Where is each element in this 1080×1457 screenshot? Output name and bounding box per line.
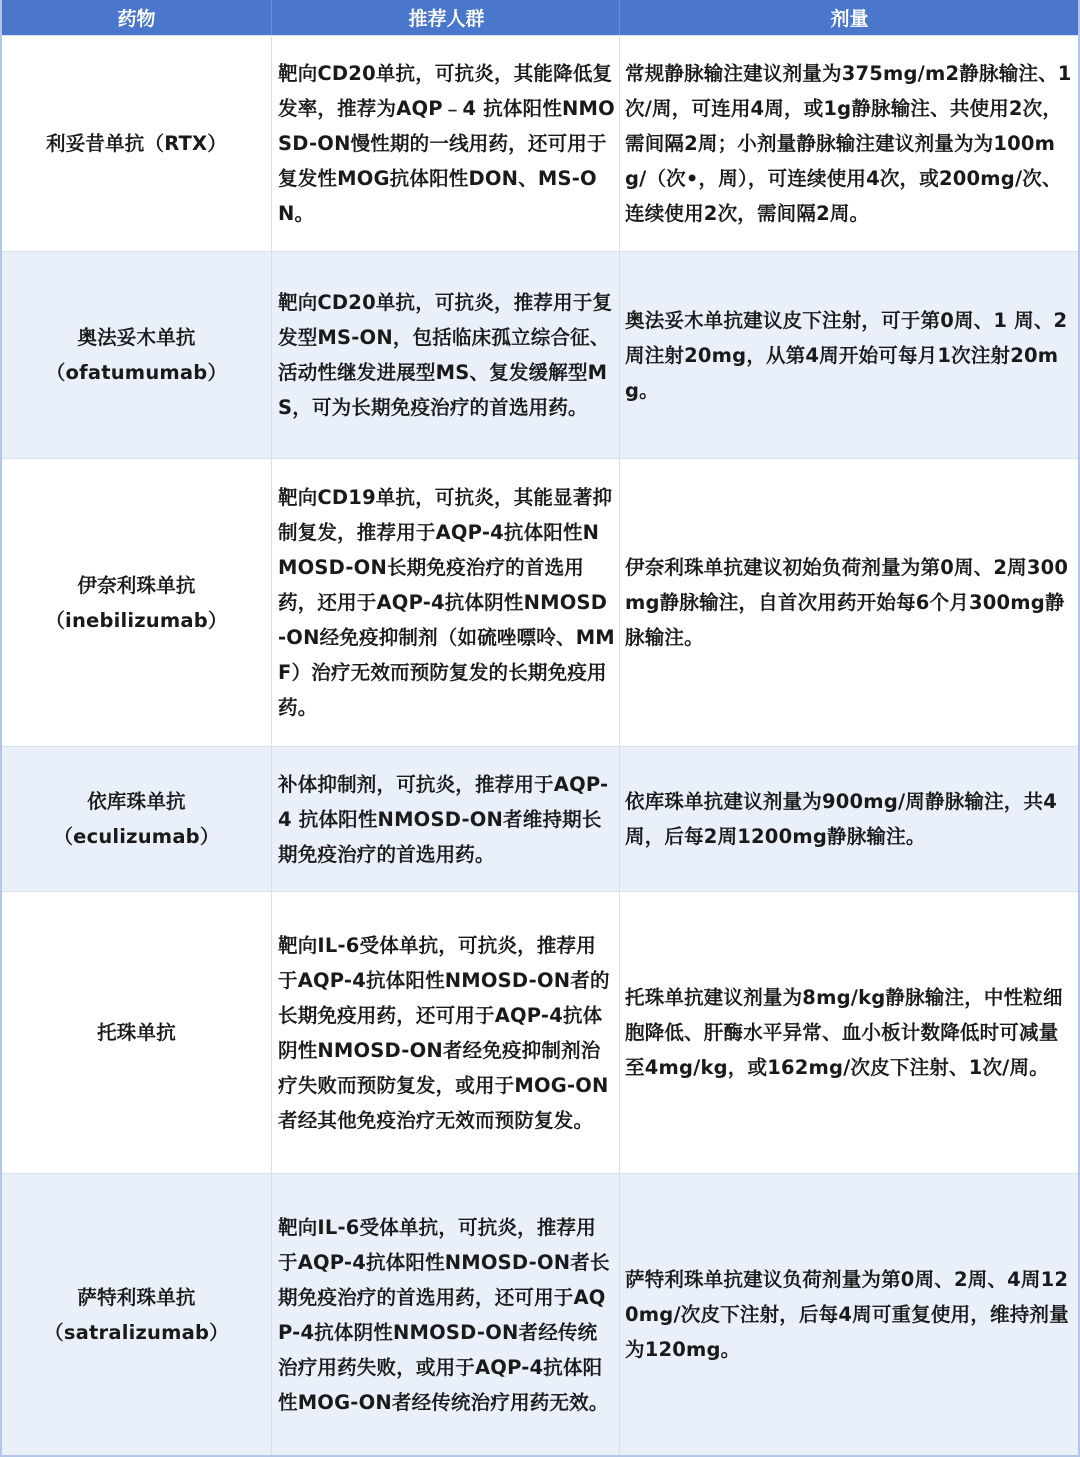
- dosage-cell: 萨特利珠单抗建议负荷剂量为第0周、2周、4周120mg/次皮下注射，后每4周可重…: [620, 1174, 1078, 1455]
- population-text: 靶向IL-6受体单抗，可抗炎，推荐用于AQP-4抗体阳性NMOSD-ON者长期免…: [278, 1210, 615, 1420]
- header-population: 推荐人群: [272, 0, 620, 35]
- header-drug: 药物: [2, 0, 272, 35]
- population-text: 补体抑制剂，可抗炎，推荐用于AQP-4 抗体阳性NMOSD-ON者维持期长期免疫…: [278, 767, 615, 872]
- population-cell: 靶向CD20单抗，可抗炎，推荐用于复发型MS-ON，包括临床孤立综合征、活动性继…: [272, 252, 620, 458]
- header-dosage: 剂量: [620, 0, 1078, 35]
- drug-name-cn: 利妥昔单抗（RTX）: [46, 126, 227, 161]
- drug-name-en: （eculizumab）: [53, 819, 219, 854]
- drug-name-cn: 托珠单抗: [97, 1015, 176, 1050]
- dosage-text: 依库珠单抗建议剂量为900mg/周静脉输注，共4周，后每2周1200mg静脉输注…: [625, 784, 1074, 854]
- dosage-text: 奥法妥木单抗建议皮下注射，可于第0周、1 周、2 周注射20mg，从第4周开始可…: [625, 303, 1074, 408]
- dosage-text: 托珠单抗建议剂量为8mg/kg静脉输注，中性粒细胞降低、肝酶水平异常、血小板计数…: [625, 980, 1074, 1085]
- dosage-cell: 常规静脉输注建议剂量为375mg/m2静脉输注、1次/周，可连用4周，或1g静脉…: [620, 36, 1078, 251]
- table-row: 托珠单抗 靶向IL-6受体单抗，可抗炎，推荐用于AQP-4抗体阳性NMOSD-O…: [2, 891, 1078, 1173]
- population-cell: 靶向IL-6受体单抗，可抗炎，推荐用于AQP-4抗体阳性NMOSD-ON者的长期…: [272, 892, 620, 1173]
- population-text: 靶向CD20单抗，可抗炎，其能降低复发率，推荐为AQP﹣4 抗体阳性NMOSD-…: [278, 56, 615, 231]
- table-row: 伊奈利珠单抗（inebilizumab） 靶向CD19单抗，可抗炎，其能显著抑制…: [2, 458, 1078, 746]
- drug-cell: 伊奈利珠单抗（inebilizumab）: [2, 459, 272, 746]
- dosage-cell: 伊奈利珠单抗建议初始负荷剂量为第0周、2周300mg静脉输注，自首次用药开始每6…: [620, 459, 1078, 746]
- drug-name-en: （satralizumab）: [44, 1315, 229, 1350]
- dosage-text: 萨特利珠单抗建议负荷剂量为第0周、2周、4周120mg/次皮下注射，后每4周可重…: [625, 1262, 1074, 1367]
- drug-name-en: （inebilizumab）: [45, 603, 227, 638]
- drug-name-cn: 奥法妥木单抗: [46, 320, 227, 355]
- table-row: 依库珠单抗（eculizumab） 补体抑制剂，可抗炎，推荐用于AQP-4 抗体…: [2, 746, 1078, 891]
- population-cell: 靶向CD19单抗，可抗炎，其能显著抑制复发，推荐用于AQP-4抗体阳性NMOSD…: [272, 459, 620, 746]
- table-row: 奥法妥木单抗（ofatumumab） 靶向CD20单抗，可抗炎，推荐用于复发型M…: [2, 251, 1078, 458]
- population-text: 靶向IL-6受体单抗，可抗炎，推荐用于AQP-4抗体阳性NMOSD-ON者的长期…: [278, 928, 615, 1138]
- dosage-text: 伊奈利珠单抗建议初始负荷剂量为第0周、2周300mg静脉输注，自首次用药开始每6…: [625, 550, 1074, 655]
- dosage-cell: 依库珠单抗建议剂量为900mg/周静脉输注，共4周，后每2周1200mg静脉输注…: [620, 747, 1078, 891]
- drug-cell: 萨特利珠单抗（satralizumab）: [2, 1174, 272, 1455]
- table-header: 药物 推荐人群 剂量: [2, 0, 1078, 35]
- drug-cell: 依库珠单抗（eculizumab）: [2, 747, 272, 891]
- dosage-cell: 托珠单抗建议剂量为8mg/kg静脉输注，中性粒细胞降低、肝酶水平异常、血小板计数…: [620, 892, 1078, 1173]
- drug-name-en: （ofatumumab）: [46, 355, 227, 390]
- dosage-text: 常规静脉输注建议剂量为375mg/m2静脉输注、1次/周，可连用4周，或1g静脉…: [625, 56, 1074, 231]
- population-text: 靶向CD19单抗，可抗炎，其能显著抑制复发，推荐用于AQP-4抗体阳性NMOSD…: [278, 480, 615, 725]
- drug-cell: 奥法妥木单抗（ofatumumab）: [2, 252, 272, 458]
- drug-name-cn: 依库珠单抗: [53, 784, 219, 819]
- population-cell: 补体抑制剂，可抗炎，推荐用于AQP-4 抗体阳性NMOSD-ON者维持期长期免疫…: [272, 747, 620, 891]
- population-cell: 靶向IL-6受体单抗，可抗炎，推荐用于AQP-4抗体阳性NMOSD-ON者长期免…: [272, 1174, 620, 1455]
- population-text: 靶向CD20单抗，可抗炎，推荐用于复发型MS-ON，包括临床孤立综合征、活动性继…: [278, 285, 615, 425]
- drug-cell: 托珠单抗: [2, 892, 272, 1173]
- population-cell: 靶向CD20单抗，可抗炎，其能降低复发率，推荐为AQP﹣4 抗体阳性NMOSD-…: [272, 36, 620, 251]
- drug-table: 药物 推荐人群 剂量 利妥昔单抗（RTX） 靶向CD20单抗，可抗炎，其能降低复…: [0, 0, 1080, 1457]
- drug-cell: 利妥昔单抗（RTX）: [2, 36, 272, 251]
- table-row: 萨特利珠单抗（satralizumab） 靶向IL-6受体单抗，可抗炎，推荐用于…: [2, 1173, 1078, 1455]
- dosage-cell: 奥法妥木单抗建议皮下注射，可于第0周、1 周、2 周注射20mg，从第4周开始可…: [620, 252, 1078, 458]
- drug-name-cn: 伊奈利珠单抗: [45, 568, 227, 603]
- table-row: 利妥昔单抗（RTX） 靶向CD20单抗，可抗炎，其能降低复发率，推荐为AQP﹣4…: [2, 35, 1078, 251]
- drug-name-cn: 萨特利珠单抗: [44, 1280, 229, 1315]
